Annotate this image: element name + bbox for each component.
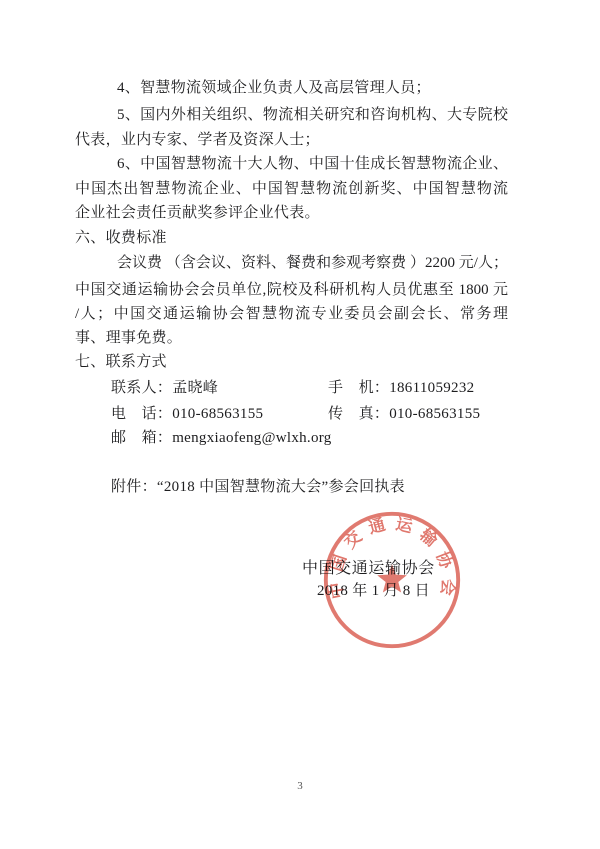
item-6-line-2: 中国杰出智慧物流企业、中国智慧物流创新奖、中国智慧物流	[75, 179, 508, 199]
fees-line-2: 中国交通运输协会会员单位,院校及科研机构人员优惠至 1800 元	[75, 280, 508, 300]
item-5-line-1: 5、国内外相关组织、物流相关研究和咨询机构、大专院校	[117, 105, 508, 125]
contact-email: 邮 箱：mengxiaofeng@wlxh.org	[111, 428, 332, 448]
official-seal: 中国交通运输协会	[319, 507, 465, 653]
contact-mobile: 手 机：18611059232	[328, 378, 474, 398]
contact-mobile-label: 手 机：	[328, 380, 389, 396]
contact-fax: 传 真：010-68563155	[328, 404, 480, 424]
seal-graphic: 中国交通运输协会	[319, 507, 465, 653]
contact-person-label: 联系人：	[111, 380, 172, 396]
item-6-line-1: 6、中国智慧物流十大人物、中国十佳成长智慧物流企业、	[117, 154, 508, 174]
section-6-heading: 六、收费标准	[75, 228, 167, 248]
page-number: 3	[0, 780, 600, 792]
document-page: 4、智慧物流领域企业负责人及高层管理人员； 5、国内外相关组织、物流相关研究和咨…	[0, 0, 600, 849]
section-7-heading: 七、联系方式	[75, 352, 167, 372]
contact-person-value: 孟晓峰	[172, 380, 218, 396]
fees-line-1: 会议费 （含会议、资料、餐费和参观考察费 ）2200 元/人；	[117, 253, 508, 273]
attachment-note: 附件：“2018 中国智慧物流大会”参会回执表	[111, 477, 405, 497]
item-4: 4、智慧物流领域企业负责人及高层管理人员；	[117, 78, 431, 98]
seal-arc-text: 中国交通运输协会	[325, 514, 459, 601]
contact-phone-label: 电 话：	[111, 406, 172, 422]
contact-fax-label: 传 真：	[328, 406, 389, 422]
fees-line-4: 事、理事免费。	[75, 328, 182, 348]
contact-phone-value: 010-68563155	[172, 406, 263, 422]
contact-fax-value: 010-68563155	[389, 406, 480, 422]
item-5-line-2: 代表，业内专家、学者及资深人士；	[75, 130, 320, 150]
contact-email-label: 邮 箱：	[111, 430, 172, 446]
fees-line-3: /人；中国交通运输协会智慧物流专业委员会副会长、常务理	[75, 304, 508, 324]
contact-phone: 电 话：010-68563155	[111, 404, 263, 424]
svg-text:中国交通运输协会: 中国交通运输协会	[325, 514, 459, 601]
seal-star-icon	[377, 564, 407, 592]
contact-email-value: mengxiaofeng@wlxh.org	[172, 430, 331, 446]
contact-mobile-value: 18611059232	[389, 380, 474, 396]
contact-person: 联系人：孟晓峰	[111, 378, 218, 398]
item-6-line-3: 企业社会责任贡献奖参评企业代表。	[75, 203, 320, 223]
